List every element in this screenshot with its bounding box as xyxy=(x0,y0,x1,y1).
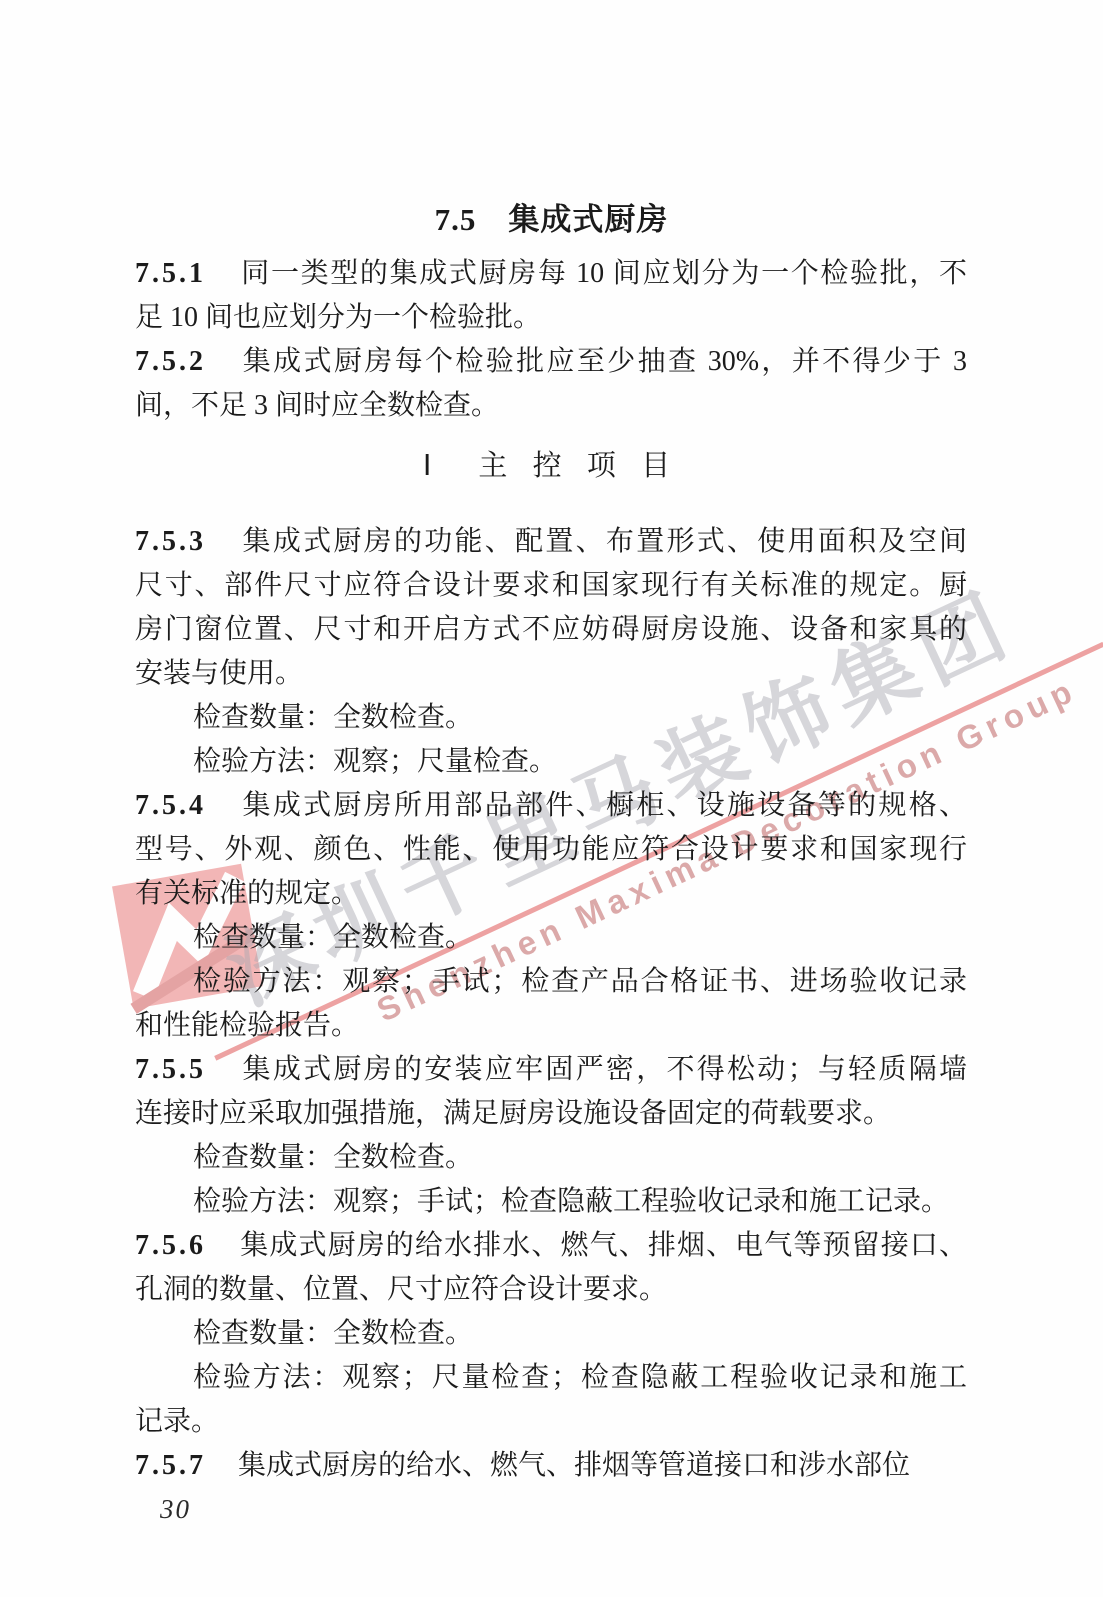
text-line: 尺寸、部件尺寸应符合设计要求和国家现行有关标准的规定。厨 xyxy=(135,564,967,608)
text-line: 房门窗位置、尺寸和开启方式不应妨碍厨房设施、设备和家具的 xyxy=(135,608,967,652)
line-text: 型号、外观、颜色、性能、使用功能应符合设计要求和国家现行 xyxy=(135,834,967,865)
line-text: 和性能检验报告。 xyxy=(135,1010,359,1041)
clause-line: 7.5.4 集成式厨房所用部品部件、橱柜、设施设备等的规格、 xyxy=(135,784,967,828)
text-line: 检验方法：观察；尺量检查；检查隐蔽工程验收记录和施工 xyxy=(135,1356,967,1400)
subsection-heading: Ⅰ 主 控 项 目 xyxy=(135,444,967,488)
line-text: 安装与使用。 xyxy=(135,658,303,689)
clause-number: 7.5.3 xyxy=(135,526,206,557)
line-text: 检查数量：全数检查。 xyxy=(193,1142,473,1173)
clause-line: 7.5.5 集成式厨房的安装应牢固严密，不得松动；与轻质隔墙 xyxy=(135,1048,967,1092)
text-line: 型号、外观、颜色、性能、使用功能应符合设计要求和国家现行 xyxy=(135,828,967,872)
text-line: 安装与使用。 xyxy=(135,652,967,696)
clause-number: 7.5.5 xyxy=(135,1054,206,1085)
line-text: 房门窗位置、尺寸和开启方式不应妨碍厨房设施、设备和家具的 xyxy=(135,614,967,645)
line-text: 检验方法：观察；手试；检查产品合格证书、进场验收记录 xyxy=(193,966,967,997)
line-text: 检验方法：观察；尺量检查。 xyxy=(193,746,557,777)
line-text: Ⅰ 主 控 项 目 xyxy=(423,450,679,482)
line-text: 孔洞的数量、位置、尺寸应符合设计要求。 xyxy=(135,1274,667,1305)
line-text: 记录。 xyxy=(135,1406,219,1437)
document-body: 7.5.1 同一类型的集成式厨房每 10 间应划分为一个检验批，不足 10 间也… xyxy=(135,252,967,1488)
text-line: 连接时应采取加强措施，满足厨房设施设备固定的荷载要求。 xyxy=(135,1092,967,1136)
clause-number: 7.5.7 xyxy=(135,1450,206,1481)
clause-line: 7.5.3 集成式厨房的功能、配置、布置形式、使用面积及空间 xyxy=(135,520,967,564)
line-text: 集成式厨房所用部品部件、橱柜、设施设备等的规格、 xyxy=(210,790,967,821)
line-text: 集成式厨房的给水、燃气、排烟等管道接口和涉水部位 xyxy=(210,1450,910,1481)
clause-line: 7.5.2 集成式厨房每个检验批应至少抽查 30%，并不得少于 3 xyxy=(135,340,967,384)
text-line: 检验方法：观察；尺量检查。 xyxy=(135,740,967,784)
line-text: 检验方法：观察；手试；检查隐蔽工程验收记录和施工记录。 xyxy=(193,1186,949,1217)
text-line: 检查数量：全数检查。 xyxy=(135,696,967,740)
clause-number: 7.5.2 xyxy=(135,346,206,377)
line-text: 足 10 间也应划分为一个检验批。 xyxy=(135,302,541,333)
section-title: 7.5 集成式厨房 xyxy=(0,194,1103,239)
clause-number: 7.5.6 xyxy=(135,1230,206,1261)
document-page: 深圳千里马装饰集团 Shenzhen Maxima Decoration Gro… xyxy=(0,0,1103,1597)
line-text: 集成式厨房的功能、配置、布置形式、使用面积及空间 xyxy=(210,526,967,557)
text-line: 有关标准的规定。 xyxy=(135,872,967,916)
line-text: 尺寸、部件尺寸应符合设计要求和国家现行有关标准的规定。厨 xyxy=(135,570,967,601)
text-line: 记录。 xyxy=(135,1400,967,1444)
line-text: 集成式厨房的给水排水、燃气、排烟、电气等预留接口、 xyxy=(210,1230,967,1261)
clause-line: 7.5.6 集成式厨房的给水排水、燃气、排烟、电气等预留接口、 xyxy=(135,1224,967,1268)
text-line: 和性能检验报告。 xyxy=(135,1004,967,1048)
clause-number: 7.5.1 xyxy=(135,258,206,289)
clause-line: 7.5.1 同一类型的集成式厨房每 10 间应划分为一个检验批，不 xyxy=(135,252,967,296)
text-line: 检查数量：全数检查。 xyxy=(135,1136,967,1180)
line-text: 间，不足 3 间时应全数检查。 xyxy=(135,390,499,421)
text-line: 检验方法：观察；手试；检查隐蔽工程验收记录和施工记录。 xyxy=(135,1180,967,1224)
line-text: 有关标准的规定。 xyxy=(135,878,359,909)
line-text: 检验方法：观察；尺量检查；检查隐蔽工程验收记录和施工 xyxy=(193,1362,967,1393)
text-line: 检查数量：全数检查。 xyxy=(135,1312,967,1356)
clause-number: 7.5.4 xyxy=(135,790,206,821)
line-text: 集成式厨房每个检验批应至少抽查 30%，并不得少于 3 xyxy=(210,346,967,377)
text-line: 足 10 间也应划分为一个检验批。 xyxy=(135,296,967,340)
page-number: 30 xyxy=(160,1494,191,1525)
text-line: 孔洞的数量、位置、尺寸应符合设计要求。 xyxy=(135,1268,967,1312)
text-line: 检查数量：全数检查。 xyxy=(135,916,967,960)
text-line: 检验方法：观察；手试；检查产品合格证书、进场验收记录 xyxy=(135,960,967,1004)
text-line: 间，不足 3 间时应全数检查。 xyxy=(135,384,967,428)
line-text: 集成式厨房的安装应牢固严密，不得松动；与轻质隔墙 xyxy=(210,1054,967,1085)
clause-line: 7.5.7 集成式厨房的给水、燃气、排烟等管道接口和涉水部位 xyxy=(135,1444,967,1488)
line-text: 连接时应采取加强措施，满足厨房设施设备固定的荷载要求。 xyxy=(135,1098,891,1129)
line-text: 同一类型的集成式厨房每 10 间应划分为一个检验批，不 xyxy=(210,258,967,289)
line-text: 检查数量：全数检查。 xyxy=(193,922,473,953)
line-text: 检查数量：全数检查。 xyxy=(193,702,473,733)
line-text: 检查数量：全数检查。 xyxy=(193,1318,473,1349)
